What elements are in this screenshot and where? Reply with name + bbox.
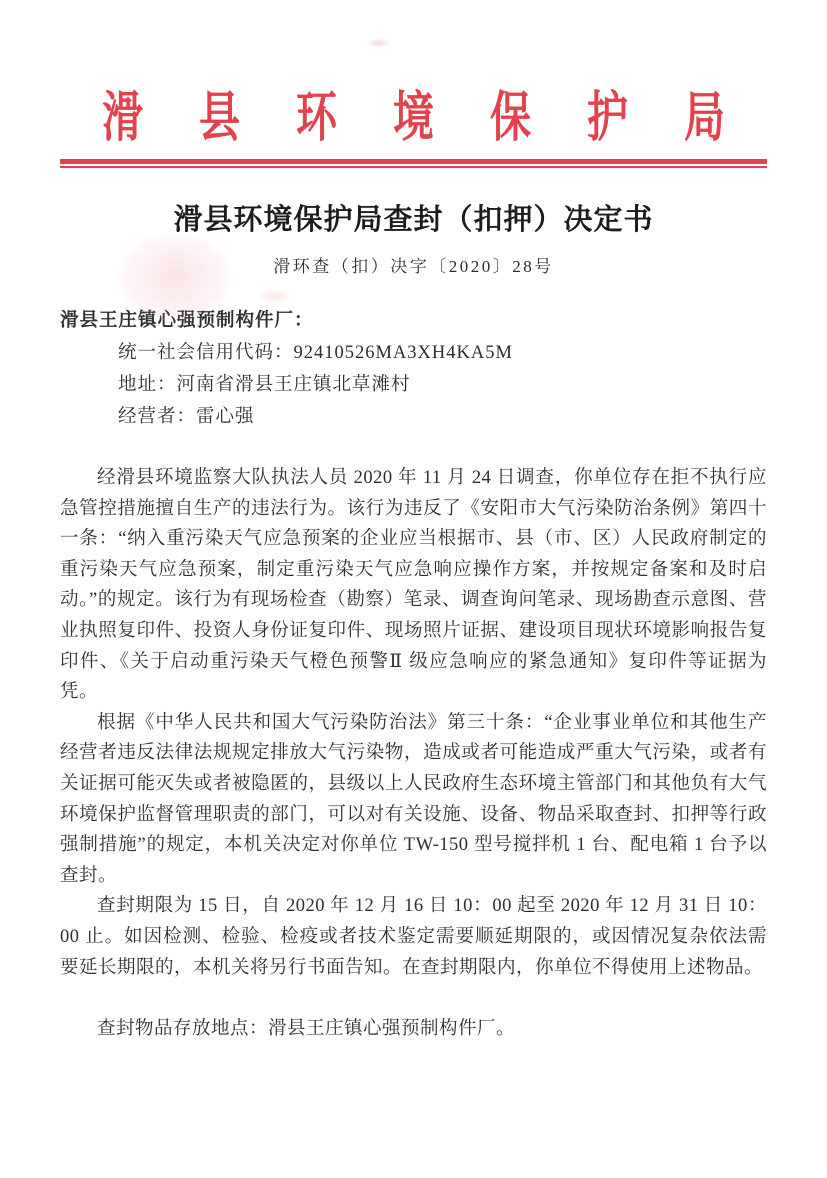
recipient-block: 滑县王庄镇心强预制构件厂： 统一社会信用代码：92410526MA3XH4KA5… — [60, 305, 767, 433]
recipient-name-line: 滑县王庄镇心强预制构件厂： — [60, 305, 767, 337]
body-paragraph-legal-basis: 根据《中华人民共和国大气污染防治法》第三十条：“企业事业单位和其他生产经营者违反… — [60, 708, 767, 892]
letterhead-divider — [60, 159, 767, 168]
body-paragraph-seizure-period: 查封期限为 15 日，自 2020 年 12 月 16 日 10：00 起至 2… — [60, 891, 767, 983]
letterhead: 滑县环境保护局 — [60, 88, 767, 168]
body-paragraph-storage-location: 查封物品存放地点：滑县王庄镇心强预制构件厂。 — [60, 1014, 767, 1045]
body-paragraph-investigation: 经滑县环境监察大队执法人员 2020 年 11 月 24 日调查，你单位存在拒不… — [60, 463, 767, 708]
recipient-credit-code-line: 统一社会信用代码：92410526MA3XH4KA5M — [60, 337, 767, 369]
ink-speck — [366, 38, 392, 48]
letterhead-title: 滑县环境保护局 — [60, 79, 823, 156]
document-number: 滑环查（扣）决字〔2020〕28号 — [60, 254, 767, 280]
recipient-operator-line: 经营者：雷心强 — [60, 401, 767, 433]
recipient-address-line: 地址：河南省滑县王庄镇北草滩村 — [60, 369, 767, 401]
divider-thick-line — [60, 159, 767, 164]
document-title: 滑县环境保护局查封（扣押）决定书 — [60, 201, 767, 239]
document-page: 滑县环境保护局 滑县环境保护局查封（扣押）决定书 滑环查（扣）决字〔2020〕2… — [0, 0, 827, 1178]
divider-thin-line — [60, 166, 767, 168]
body-paragraphs: 经滑县环境监察大队执法人员 2020 年 11 月 24 日调查，你单位存在拒不… — [60, 463, 767, 1045]
document-content: 滑县环境保护局查封（扣押）决定书 滑环查（扣）决字〔2020〕28号 滑县王庄镇… — [60, 201, 767, 1045]
